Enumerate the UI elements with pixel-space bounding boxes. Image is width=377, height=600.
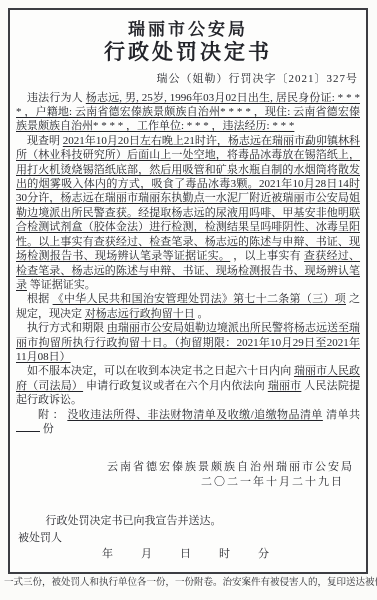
signature-org: 云南省德宏傣族景颇族自治州瑞丽市公安局 <box>16 460 360 475</box>
document-body: 违法行为人 杨志远, 男, 25岁, 1996年03月02日出生, 居民身份证:… <box>16 91 360 437</box>
doc-number: 瑞公（姐勒）行罚决字〔2021〕327号 <box>16 70 358 86</box>
paragraph-offender-info: 违法行为人 杨志远, 男, 25岁, 1996年03月02日出生, 居民身份证:… <box>16 91 360 134</box>
acknowledgement-statement: 行政处罚决定书已向我宣告并送达。 <box>18 514 358 529</box>
paragraph-execution: 执行方式和期限 由瑞丽市公安局姐勒边境派出所民警将杨志远送至瑞丽市拘留所执行行政… <box>16 321 360 364</box>
signature-block: 云南省德宏傣族景颇族自治州瑞丽市公安局 二〇二一年十月二十九日 <box>16 460 360 490</box>
acknowledgement-signer-label: 被处罚人 <box>18 531 358 546</box>
document-border: 瑞丽市公安局 行政处罚决定书 瑞公（姐勒）行罚决字〔2021〕327号 违法行为… <box>8 8 368 574</box>
signature-date: 二〇二一年十月二十九日 <box>16 475 360 490</box>
paragraph-appeal: 如不服本决定，可以在收到本决定书之日起六十日内向 瑞丽市人民政府（司法局） 申请… <box>16 364 360 407</box>
doc-title: 行政处罚决定书 <box>16 41 360 64</box>
paragraph-facts: 现查明 2021年10月20日左右晚上21时许，杨志远在瑞丽市勐卯镇林科所（林业… <box>16 134 360 292</box>
acknowledgement-block: 行政处罚决定书已向我宣告并送达。 被处罚人 年 月 日 时 分 <box>18 514 358 562</box>
paragraph-attachment: 附 ： 没收违法所得、非法财物清单及收缴/追缴物品清单 清单共 份 <box>16 408 360 437</box>
acknowledgement-date-blank: 年 月 日 时 分 <box>18 547 358 562</box>
paragraph-decision: 根据 《中华人民共和国治安管理处罚法》第七十二条第（三）项 之规定，现决定 对杨… <box>16 292 360 321</box>
org-title: 瑞丽市公安局 <box>16 20 360 40</box>
copies-footnote: 一式三份，被处罚人和执行单位各一份，一份附卷。治安案件有被侵害人的，复印送达被侵… <box>4 577 373 589</box>
